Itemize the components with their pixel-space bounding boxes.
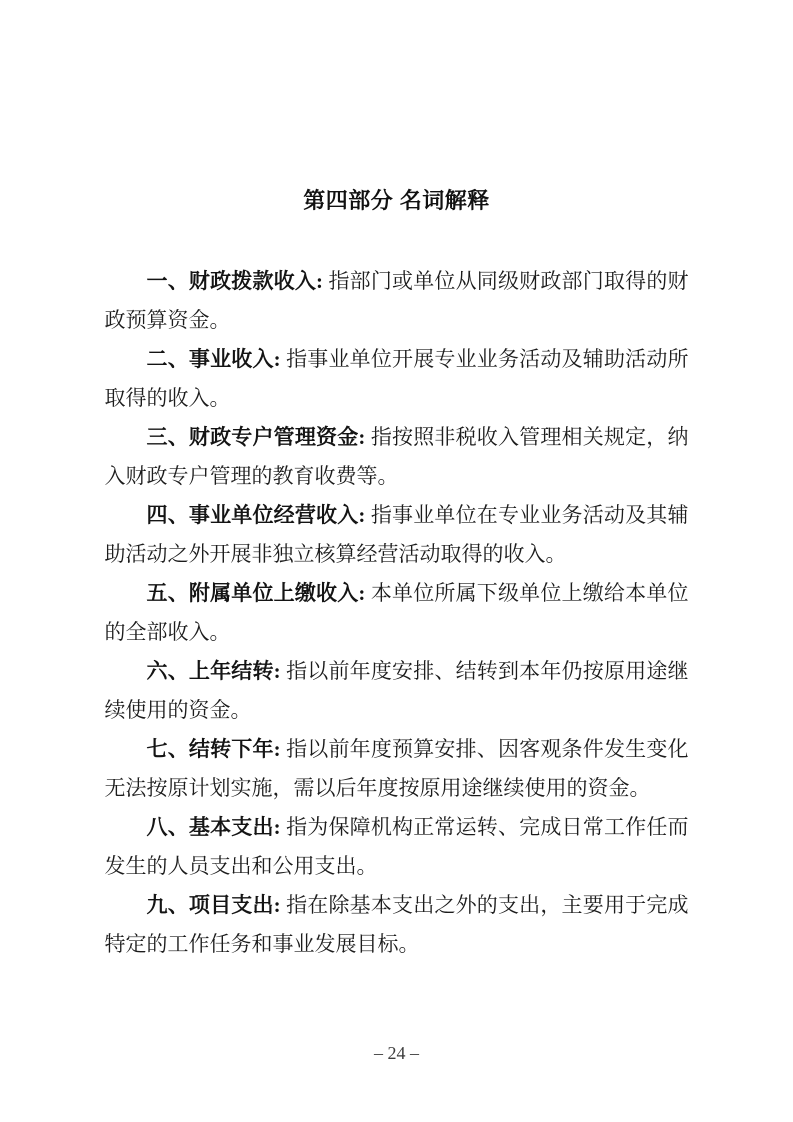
definition-term: 结转下年:: [189, 737, 286, 761]
definition-index: 七、: [147, 737, 189, 761]
definition-item: 五、附属单位上缴收入: 本单位所属下级单位上缴给本单位的全部收入。: [105, 574, 689, 652]
definition-item: 四、事业单位经营收入: 指事业单位在专业业务活动及其辅助活动之外开展非独立核算经…: [105, 496, 689, 574]
definition-index: 九、: [147, 893, 189, 917]
definition-term: 财政专户管理资金:: [189, 425, 371, 449]
definition-item: 九、项目支出: 指在除基本支出之外的支出，主要用于完成特定的工作任务和事业发展目…: [105, 886, 689, 964]
document-page: 第四部分 名词解释 一、财政拨款收入: 指部门或单位从同级财政部门取得的财政预算…: [0, 0, 793, 1122]
definition-index: 一、: [147, 269, 189, 293]
definition-index: 三、: [147, 425, 189, 449]
definition-index: 四、: [147, 503, 189, 527]
page-title: 第四部分 名词解释: [0, 0, 793, 214]
definition-item: 三、财政专户管理资金: 指按照非税收入管理相关规定，纳入财政专户管理的教育收费等…: [105, 418, 689, 496]
definition-term: 财政拨款收入:: [189, 269, 329, 293]
definition-term: 基本支出:: [189, 815, 286, 839]
definition-index: 二、: [147, 347, 189, 371]
definition-term: 事业单位经营收入:: [189, 503, 371, 527]
definition-term: 事业收入:: [189, 347, 286, 371]
page-number: – 24 –: [0, 1042, 793, 1064]
definition-term: 附属单位上缴收入:: [189, 581, 371, 605]
definition-item: 二、事业收入: 指事业单位开展专业业务活动及辅助活动所取得的收入。: [105, 340, 689, 418]
definition-index: 六、: [147, 659, 189, 683]
definition-item: 八、基本支出: 指为保障机构正常运转、完成日常工作任而发生的人员支出和公用支出。: [105, 808, 689, 886]
definition-item: 六、上年结转: 指以前年度安排、结转到本年仍按原用途继续使用的资金。: [105, 652, 689, 730]
definition-index: 八、: [147, 815, 189, 839]
definitions-list: 一、财政拨款收入: 指部门或单位从同级财政部门取得的财政预算资金。 二、事业收入…: [105, 262, 689, 964]
definition-item: 一、财政拨款收入: 指部门或单位从同级财政部门取得的财政预算资金。: [105, 262, 689, 340]
definition-item: 七、结转下年: 指以前年度预算安排、因客观条件发生变化无法按原计划实施，需以后年…: [105, 730, 689, 808]
definition-term: 上年结转:: [189, 659, 286, 683]
definition-index: 五、: [147, 581, 189, 605]
definition-term: 项目支出:: [189, 893, 286, 917]
